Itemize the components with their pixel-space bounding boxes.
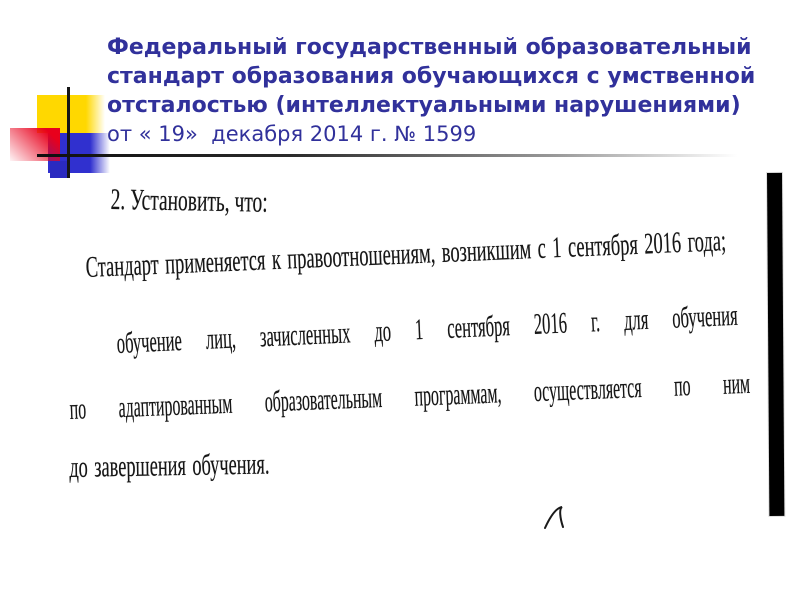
decor-blue-tab <box>50 161 67 178</box>
scan-edge-bar <box>767 173 784 516</box>
title-line-3: отсталостью (интеллектуальными нарушения… <box>107 91 755 120</box>
slide-title: Федеральный государственный образователь… <box>107 33 755 149</box>
document-line-4: по адаптированным образовательным програ… <box>69 367 751 427</box>
decor-vertical-line <box>67 87 70 178</box>
document-line-5: до завершения обучения. <box>69 448 270 485</box>
title-date-line: от « 19» декабря 2014 г. № 1599 <box>107 120 755 149</box>
title-line-1: Федеральный государственный образователь… <box>107 33 755 62</box>
signature-stroke <box>543 505 569 531</box>
document-line-3: обучение лиц, зачисленных до 1 сентября … <box>116 299 738 361</box>
presentation-slide: Федеральный государственный образователь… <box>0 0 800 600</box>
title-underline-rule <box>37 154 759 157</box>
document-line-1: 2. Установить, что: <box>110 183 268 220</box>
title-line-2: стандарт образования обучающихся с умств… <box>107 62 755 91</box>
document-line-2: Стандарт применяется к правоотношениям, … <box>85 224 727 285</box>
